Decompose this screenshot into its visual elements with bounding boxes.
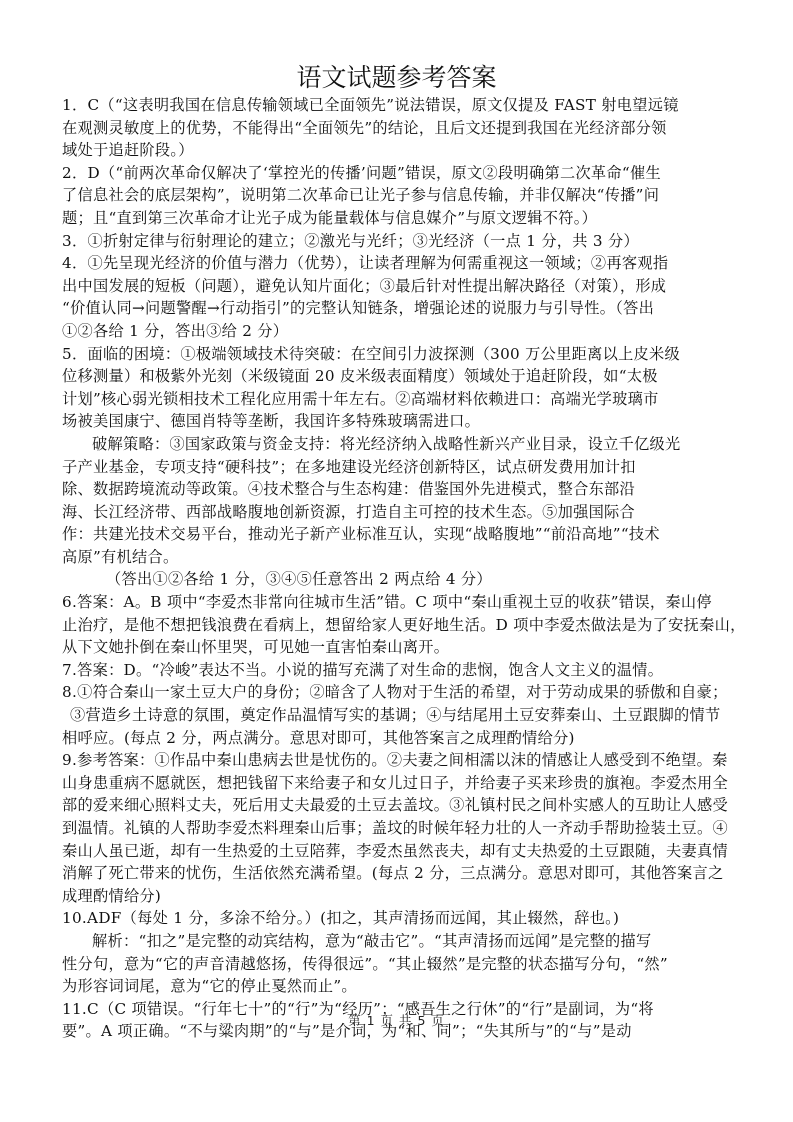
text-line: ③营造乡土诗意的氛围，奠定作品温情写实的基调；④与结尾用土豆安葬秦山、土豆跟脚的… (62, 704, 734, 727)
answer-body: 1．C（“这表明我国在信息传输领域已全面领先”说法错误，原文仅提及 FAST 射… (62, 94, 734, 1043)
text-line: 4．①先呈现光经济的价值与潜力（优势），让读者理解为何需重视这一领域；②再客观指 (62, 252, 734, 275)
text-line: 成理酌情给分) (62, 885, 734, 908)
text-line: 破解策略：③国家政策与资金支持：将光经济纳入战略性新兴产业目录，设立千亿级光 (62, 433, 734, 456)
text-line: 解析：“扣之”是完整的动宾结构，意为“敲击它”。“其声清扬而远闻”是完整的描写 (62, 930, 734, 953)
text-line: 10.ADF（每处 1 分，多涂不给分。）(扣之，其声清扬而远闻，其止辍然，辞也… (62, 907, 734, 930)
text-line: 7.答案：D。“冷峻”表达不当。小说的描写充满了对生命的悲悯，饱含人文主义的温情… (62, 659, 734, 682)
text-line: （答出①②各给 1 分，③④⑤任意答出 2 两点给 4 分） (62, 568, 734, 591)
text-line: 3．①折射定律与衍射理论的建立；②激光与光纤；③光经济（一点 1 分，共 3 分… (62, 230, 734, 253)
text-line: 域处于追赶阶段。） (62, 139, 734, 162)
text-line: 9.参考答案：①作品中秦山患病去世是忧伤的。②夫妻之间相濡以沫的情感让人感受到不… (62, 749, 734, 772)
text-line: 6.答案：A。B 项中“李爱杰非常向往城市生活”错。C 项中“秦山重视土豆的收获… (62, 591, 734, 614)
text-line: 了信息社会的底层架构”，说明第二次革命已让光子参与信息传输，并非仅解决“传播”问 (62, 184, 734, 207)
text-line: 到温情。礼镇的人帮助李爱杰料理秦山后事；盖坟的时候年轻力壮的人一齐动手帮助捡装土… (62, 817, 734, 840)
text-line: 止治疗，是他不想把钱浪费在看病上，想留给家人更好地生活。D 项中李爱杰做法是为了… (62, 614, 734, 637)
text-line: 部的爱来细心照料丈夫，死后用丈夫最爱的土豆去盖坟。③礼镇村民之间朴实感人的互助让… (62, 794, 734, 817)
text-line: 子产业基金，专项支持“硬科技”；在多地建设光经济创新特区，试点研发费用加计扣 (62, 456, 734, 479)
text-line: 出中国发展的短板（问题），避免认知片面化；③最后针对性提出解决路径（对策），形成 (62, 275, 734, 298)
text-line: 相呼应。(每点 2 分，两点满分。意思对即可，其他答案言之成理酌情给分) (62, 727, 734, 750)
document-title: 语文试题参考答案 (0, 62, 793, 94)
text-line: 高原”有机结合。 (62, 546, 734, 569)
text-line: 海、长江经济带、西部战略腹地创新资源，打造自主可控的技术生态。⑤加强国际合 (62, 501, 734, 524)
text-line: 除、数据跨境流动等政策。④技术整合与生态构建：借鉴国外先进模式，整合东部沿 (62, 478, 734, 501)
text-line: 为形容词词尾，意为“它的停止戛然而止”。 (62, 975, 734, 998)
text-line: 1．C（“这表明我国在信息传输领域已全面领先”说法错误，原文仅提及 FAST 射… (62, 94, 734, 117)
text-line: ①②各给 1 分，答出③给 2 分） (62, 320, 734, 343)
text-line: “价值认同→问题警醒→行动指引”的完整认知链条，增强论述的说服力与引导性。（答出 (62, 297, 734, 320)
text-line: 5．面临的困境：①极端领域技术待突破：在空间引力波探测（300 万公里距离以上皮… (62, 343, 734, 366)
text-line: 消解了死亡带来的忧伤，生活依然充满希望。(每点 2 分，三点满分。意思对即可，其… (62, 862, 734, 885)
page-number: 第 1 页 共 5 页 (0, 1011, 793, 1029)
text-line: 8.①符合秦山一家土豆大户的身份；②暗含了人物对于生活的希望，对于劳动成果的骄傲… (62, 681, 734, 704)
text-line: 场被美国康宁、德国肖特等垄断，我国许多特殊玻璃需进口。 (62, 410, 734, 433)
text-line: 作：共建光技术交易平台，推动光子新产业标准互认，实现“战略腹地”“前沿高地”“技… (62, 523, 734, 546)
text-line: 题；且“直到第三次革命才让光子成为能量载体与信息媒介”与原文逻辑不符。） (62, 207, 734, 230)
text-line: 位移测量）和极紫外光刻（米级镜面 20 皮米级表面精度）领域处于追赶阶段，如“太… (62, 365, 734, 388)
text-line: 计划”核心弱光锁相技术工程化应用需十年左右。②高端材料依赖进口：高端光学玻璃市 (62, 388, 734, 411)
text-line: 在观测灵敏度上的优势，不能得出“全面领先”的结论，且后文还提到我国在光经济部分领 (62, 117, 734, 140)
text-line: 2．D（“前两次革命仅解决了‘掌控光的传播’问题”错误，原文②段明确第二次革命“… (62, 162, 734, 185)
text-line: 秦山人虽已逝，却有一生热爱的土豆陪葬，李爱杰虽然丧夫，却有丈夫热爱的土豆跟随，夫… (62, 840, 734, 863)
text-line: 性分句，意为“它的声音清越悠扬，传得很远”。“其止辍然”是完整的状态描写分句，“… (62, 953, 734, 976)
text-line: 从下文她扑倒在秦山怀里哭，可见她一直害怕秦山离开。 (62, 636, 734, 659)
text-line: 山身患重病不愿就医，想把钱留下来给妻子和女儿过日子，并给妻子买来珍贵的旗袍。李爱… (62, 772, 734, 795)
